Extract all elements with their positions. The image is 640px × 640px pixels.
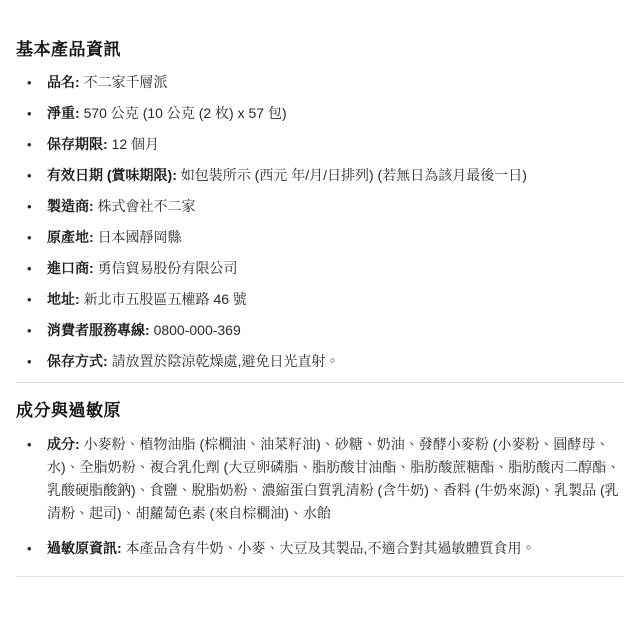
item-label: 製造商: xyxy=(47,198,94,214)
item-label: 過敏原資訊: xyxy=(47,540,122,556)
list-item-ingredients: • 成分: 小麥粉、植物油脂 (棕櫚油、油菜籽油)、砂糖、奶油、發酵小麥粉 (小… xyxy=(16,433,624,525)
bullet-icon: • xyxy=(27,72,47,93)
item-label: 淨重: xyxy=(47,105,80,121)
item-value: 株式會社不二家 xyxy=(98,198,196,214)
list-item-net-weight: • 淨重: 570 公克 (10 公克 (2 枚) x 57 包) xyxy=(16,103,624,124)
bullet-icon: • xyxy=(27,351,47,372)
section-basic-product-info: 基本產品資訊 • 品名: 不二家千層派 • 淨重: 570 公克 (10 公克 … xyxy=(16,40,624,372)
list-item-origin: • 原產地: 日本國靜岡縣 xyxy=(16,227,624,248)
list-item-storage-method: • 保存方式: 請放置於陰涼乾燥處,避免日光直射。 xyxy=(16,351,624,372)
item-value: 570 公克 (10 公克 (2 枚) x 57 包) xyxy=(84,105,287,121)
bullet-icon: • xyxy=(27,537,47,560)
item-label: 原產地: xyxy=(47,229,94,245)
list-item-address: • 地址: 新北市五股區五權路 46 號 xyxy=(16,289,624,310)
item-value: 請放置於陰涼乾燥處,避免日光直射。 xyxy=(112,353,340,369)
list-item-shelf-life: • 保存期限: 12 個月 xyxy=(16,134,624,155)
list-item-allergen-info: • 過敏原資訊: 本產品含有牛奶、小麥、大豆及其製品,不適合對其過敏體質食用。 xyxy=(16,537,624,560)
list-item-expiry-date: • 有效日期 (賞味期限): 如包裝所示 (西元 年/月/日排列) (若無日為該… xyxy=(16,165,624,186)
item-label: 保存期限: xyxy=(47,136,108,152)
list-item-consumer-hotline: • 消費者服務專線: 0800-000-369 xyxy=(16,320,624,341)
item-label: 品名: xyxy=(47,74,80,90)
bullet-icon: • xyxy=(27,165,47,186)
section-divider xyxy=(16,382,624,383)
item-value: 新北市五股區五權路 46 號 xyxy=(84,291,247,307)
bullet-icon: • xyxy=(27,134,47,155)
bullet-icon: • xyxy=(27,103,47,124)
basic-info-list: • 品名: 不二家千層派 • 淨重: 570 公克 (10 公克 (2 枚) x… xyxy=(16,72,624,372)
list-item-product-name: • 品名: 不二家千層派 xyxy=(16,72,624,93)
product-info-page: 基本產品資訊 • 品名: 不二家千層派 • 淨重: 570 公克 (10 公克 … xyxy=(0,0,640,577)
item-value: 日本國靜岡縣 xyxy=(98,229,182,245)
section-title-ingredients: 成分與過敏原 xyxy=(16,401,624,421)
item-label: 有效日期 (賞味期限): xyxy=(47,167,177,183)
item-value: 勇信貿易股份有限公司 xyxy=(98,260,238,276)
item-label: 進口商: xyxy=(47,260,94,276)
item-label: 保存方式: xyxy=(47,353,108,369)
bullet-icon: • xyxy=(27,227,47,248)
item-value: 不二家千層派 xyxy=(84,74,168,90)
bullet-icon: • xyxy=(27,289,47,310)
item-value: 小麥粉、植物油脂 (棕櫚油、油菜籽油)、砂糖、奶油、發酵小麥粉 (小麥粉、圓酵母… xyxy=(47,436,620,521)
bullet-icon: • xyxy=(27,433,47,456)
item-value: 0800-000-369 xyxy=(154,322,241,338)
item-label: 消費者服務專線: xyxy=(47,322,150,338)
list-item-importer: • 進口商: 勇信貿易股份有限公司 xyxy=(16,258,624,279)
section-title-basic-info: 基本產品資訊 xyxy=(16,40,624,60)
item-label: 地址: xyxy=(47,291,80,307)
bullet-icon: • xyxy=(27,258,47,279)
item-label: 成分: xyxy=(47,436,80,452)
section-ingredients-allergens: 成分與過敏原 • 成分: 小麥粉、植物油脂 (棕櫚油、油菜籽油)、砂糖、奶油、發… xyxy=(16,401,624,560)
item-value: 12 個月 xyxy=(112,136,159,152)
bottom-divider xyxy=(16,576,624,577)
ingredients-list: • 成分: 小麥粉、植物油脂 (棕櫚油、油菜籽油)、砂糖、奶油、發酵小麥粉 (小… xyxy=(16,433,624,560)
item-value: 如包裝所示 (西元 年/月/日排列) (若無日為該月最後一日) xyxy=(181,167,527,183)
bullet-icon: • xyxy=(27,320,47,341)
list-item-manufacturer: • 製造商: 株式會社不二家 xyxy=(16,196,624,217)
item-value: 本產品含有牛奶、小麥、大豆及其製品,不適合對其過敏體質食用。 xyxy=(126,540,536,556)
bullet-icon: • xyxy=(27,196,47,217)
